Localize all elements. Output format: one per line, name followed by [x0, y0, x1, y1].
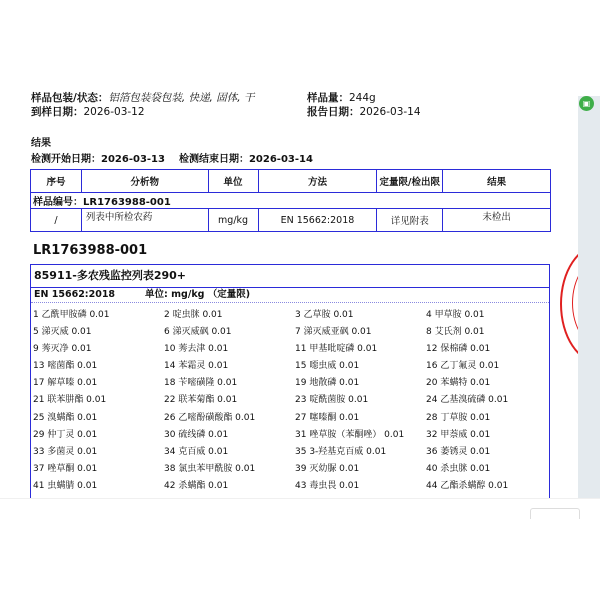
- test-start-label: 检测开始日期：: [31, 154, 101, 165]
- pesticide-list-item: 43 毒虫畏 0.01: [295, 478, 426, 495]
- pesticide-list-item: 39 灭幼脲 0.01: [295, 461, 426, 478]
- packaging-label: 样品包装/状态：: [31, 92, 108, 104]
- test-end-label: 检测结束日期：: [179, 154, 249, 165]
- pesticide-list-item: 20 苯螨特 0.01: [426, 375, 551, 392]
- sample-quantity-label: 样品量：: [307, 92, 349, 104]
- pesticide-list-title: 85911-多农残监控列表290+: [31, 265, 549, 288]
- header-analyte: 分析物: [81, 170, 208, 193]
- test-start-value: 2026-03-13: [101, 154, 165, 165]
- right-scroll-rail[interactable]: [578, 96, 600, 498]
- pesticide-list-item: 34 克百威 0.01: [164, 444, 295, 461]
- pesticide-list-item: 30 硫线磷 0.01: [164, 427, 295, 444]
- pesticide-list-item: 31 唑草胺（苯酮唑） 0.01: [295, 427, 426, 444]
- blank-lower-area: [0, 498, 600, 600]
- report-date-value: 2026-03-14: [360, 106, 421, 118]
- report-date-label: 报告日期：: [307, 106, 360, 118]
- pesticide-list-item: 42 杀螨酯 0.01: [164, 478, 295, 495]
- results-summary-table: 序号 分析物 单位 方法 定量限/检出限 结果 样品编号：LR1763988-0…: [30, 169, 551, 232]
- pesticide-list-item: 28 丁草胺 0.01: [426, 410, 551, 427]
- table-row: / 列表中所检农药 mg/kg EN 15662:2018 详见附表 未检出: [31, 209, 551, 232]
- pesticide-list-item: 23 啶酰菌胺 0.01: [295, 392, 426, 409]
- arrival-date-value: 2026-03-12: [84, 106, 145, 118]
- pesticide-list-method: EN 15662:2018单位: mg/kg （定量限): [31, 288, 549, 303]
- packaging-value: 铝箔包装袋包装, 快递, 固体, 干: [108, 92, 254, 104]
- pesticide-list-item: 21 联苯肼酯 0.01: [33, 392, 164, 409]
- packaging-info: 样品包装/状态：铝箔包装袋包装, 快递, 固体, 干: [31, 91, 254, 105]
- pesticide-list-item: 3 乙草胺 0.01: [295, 307, 426, 324]
- pesticide-list-item: 4 甲草胺 0.01: [426, 307, 551, 324]
- pesticide-list-item: 35 3-羟基克百威 0.01: [295, 444, 426, 461]
- pesticide-list-item: 8 艾氏剂 0.01: [426, 324, 551, 341]
- row-method: EN 15662:2018: [258, 209, 377, 232]
- results-section-title: 结果: [31, 134, 51, 149]
- row-result: 未检出: [443, 209, 551, 232]
- pesticide-list-item: 5 涕灭威 0.01: [33, 324, 164, 341]
- test-end-value: 2026-03-14: [249, 154, 313, 165]
- pesticide-list-item: 6 涕灭威砜 0.01: [164, 324, 295, 341]
- sample-id-cell: 样品编号：LR1763988-001: [31, 193, 551, 209]
- pesticide-list-item: 13 嘧菌酯 0.01: [33, 358, 164, 375]
- header-no: 序号: [31, 170, 82, 193]
- pesticide-list-item: 37 唑草酮 0.01: [33, 461, 164, 478]
- sample-id-row: 样品编号：LR1763988-001: [31, 193, 551, 209]
- pesticide-list-box: 85911-多农残监控列表290+ EN 15662:2018单位: mg/kg…: [30, 264, 550, 498]
- small-tab-button[interactable]: [530, 508, 580, 519]
- pesticide-list-item: 26 乙嘧酚磺酸酯 0.01: [164, 410, 295, 427]
- pesticide-list-item: 33 多菌灵 0.01: [33, 444, 164, 461]
- header-unit: 单位: [208, 170, 258, 193]
- pesticide-list-item: 22 联苯菊酯 0.01: [164, 392, 295, 409]
- pesticide-list-item: 16 乙丁氟灵 0.01: [426, 358, 551, 375]
- document-scan-icon[interactable]: ▣: [579, 96, 594, 111]
- test-dates: 检测开始日期：2026-03-13检测结束日期：2026-03-14: [31, 150, 313, 165]
- header-result: 结果: [443, 170, 551, 193]
- table-header-row: 序号 分析物 单位 方法 定量限/检出限 结果: [31, 170, 551, 193]
- pesticide-list-item: 27 噻嗪酮 0.01: [295, 410, 426, 427]
- report-date-info: 报告日期：2026-03-14: [307, 105, 421, 119]
- pesticide-list-item: 14 苯霜灵 0.01: [164, 358, 295, 375]
- row-unit: mg/kg: [208, 209, 258, 232]
- row-no: /: [31, 209, 82, 232]
- unit-text: 单位: mg/kg （定量限): [145, 289, 250, 300]
- pesticide-list-item: 2 啶虫脒 0.01: [164, 307, 295, 324]
- sample-quantity-info: 样品量：244g: [307, 91, 376, 105]
- pesticide-list-item: 19 地散磷 0.01: [295, 375, 426, 392]
- pesticide-list-item: 25 溴螨酯 0.01: [33, 410, 164, 427]
- pesticide-list-item: 1 乙酰甲胺磷 0.01: [33, 307, 164, 324]
- report-page: 样品包装/状态：铝箔包装袋包装, 快递, 固体, 干 到样日期：2026-03-…: [0, 0, 578, 498]
- header-limit: 定量限/检出限: [377, 170, 443, 193]
- pesticide-list-item: 44 乙酯杀螨醇 0.01: [426, 478, 551, 495]
- sample-quantity-value: 244g: [349, 92, 376, 104]
- pesticide-list-item: 36 萎锈灵 0.01: [426, 444, 551, 461]
- sample-id-heading: LR1763988-001: [33, 243, 147, 258]
- header-method: 方法: [258, 170, 377, 193]
- pesticide-list-item: 9 莠灭净 0.01: [33, 341, 164, 358]
- pesticide-list-item: 15 噁虫威 0.01: [295, 358, 426, 375]
- row-limit: 详见附表: [377, 209, 443, 232]
- pesticide-list-item: 10 莠去津 0.01: [164, 341, 295, 358]
- pesticide-list-item: 7 涕灭威亚砜 0.01: [295, 324, 426, 341]
- pesticide-list-item: 40 杀虫脒 0.01: [426, 461, 551, 478]
- pesticide-list-item: 11 甲基吡啶磷 0.01: [295, 341, 426, 358]
- sample-id-label: 样品编号：: [33, 197, 83, 208]
- pesticide-list-item: 29 仲丁灵 0.01: [33, 427, 164, 444]
- pesticide-list-item: 18 苄嘧磺隆 0.01: [164, 375, 295, 392]
- sample-id-value: LR1763988-001: [83, 197, 171, 208]
- pesticide-grid: 1 乙酰甲胺磷 0.012 啶虫脒 0.013 乙草胺 0.014 甲草胺 0.…: [31, 303, 549, 495]
- method-value: EN 15662:2018: [34, 289, 115, 300]
- pesticide-list-item: 24 乙基溴硫磷 0.01: [426, 392, 551, 409]
- pesticide-list-item: 41 虫螨腈 0.01: [33, 478, 164, 495]
- arrival-date-info: 到样日期：2026-03-12: [31, 105, 145, 119]
- pesticide-list-item: 32 甲萘威 0.01: [426, 427, 551, 444]
- row-analyte: 列表中所检农药: [81, 209, 208, 232]
- arrival-date-label: 到样日期：: [31, 106, 84, 118]
- pesticide-list-item: 12 保棉磷 0.01: [426, 341, 551, 358]
- pesticide-list-item: 38 氯虫苯甲酰胺 0.01: [164, 461, 295, 478]
- pesticide-list-item: 17 解草嗪 0.01: [33, 375, 164, 392]
